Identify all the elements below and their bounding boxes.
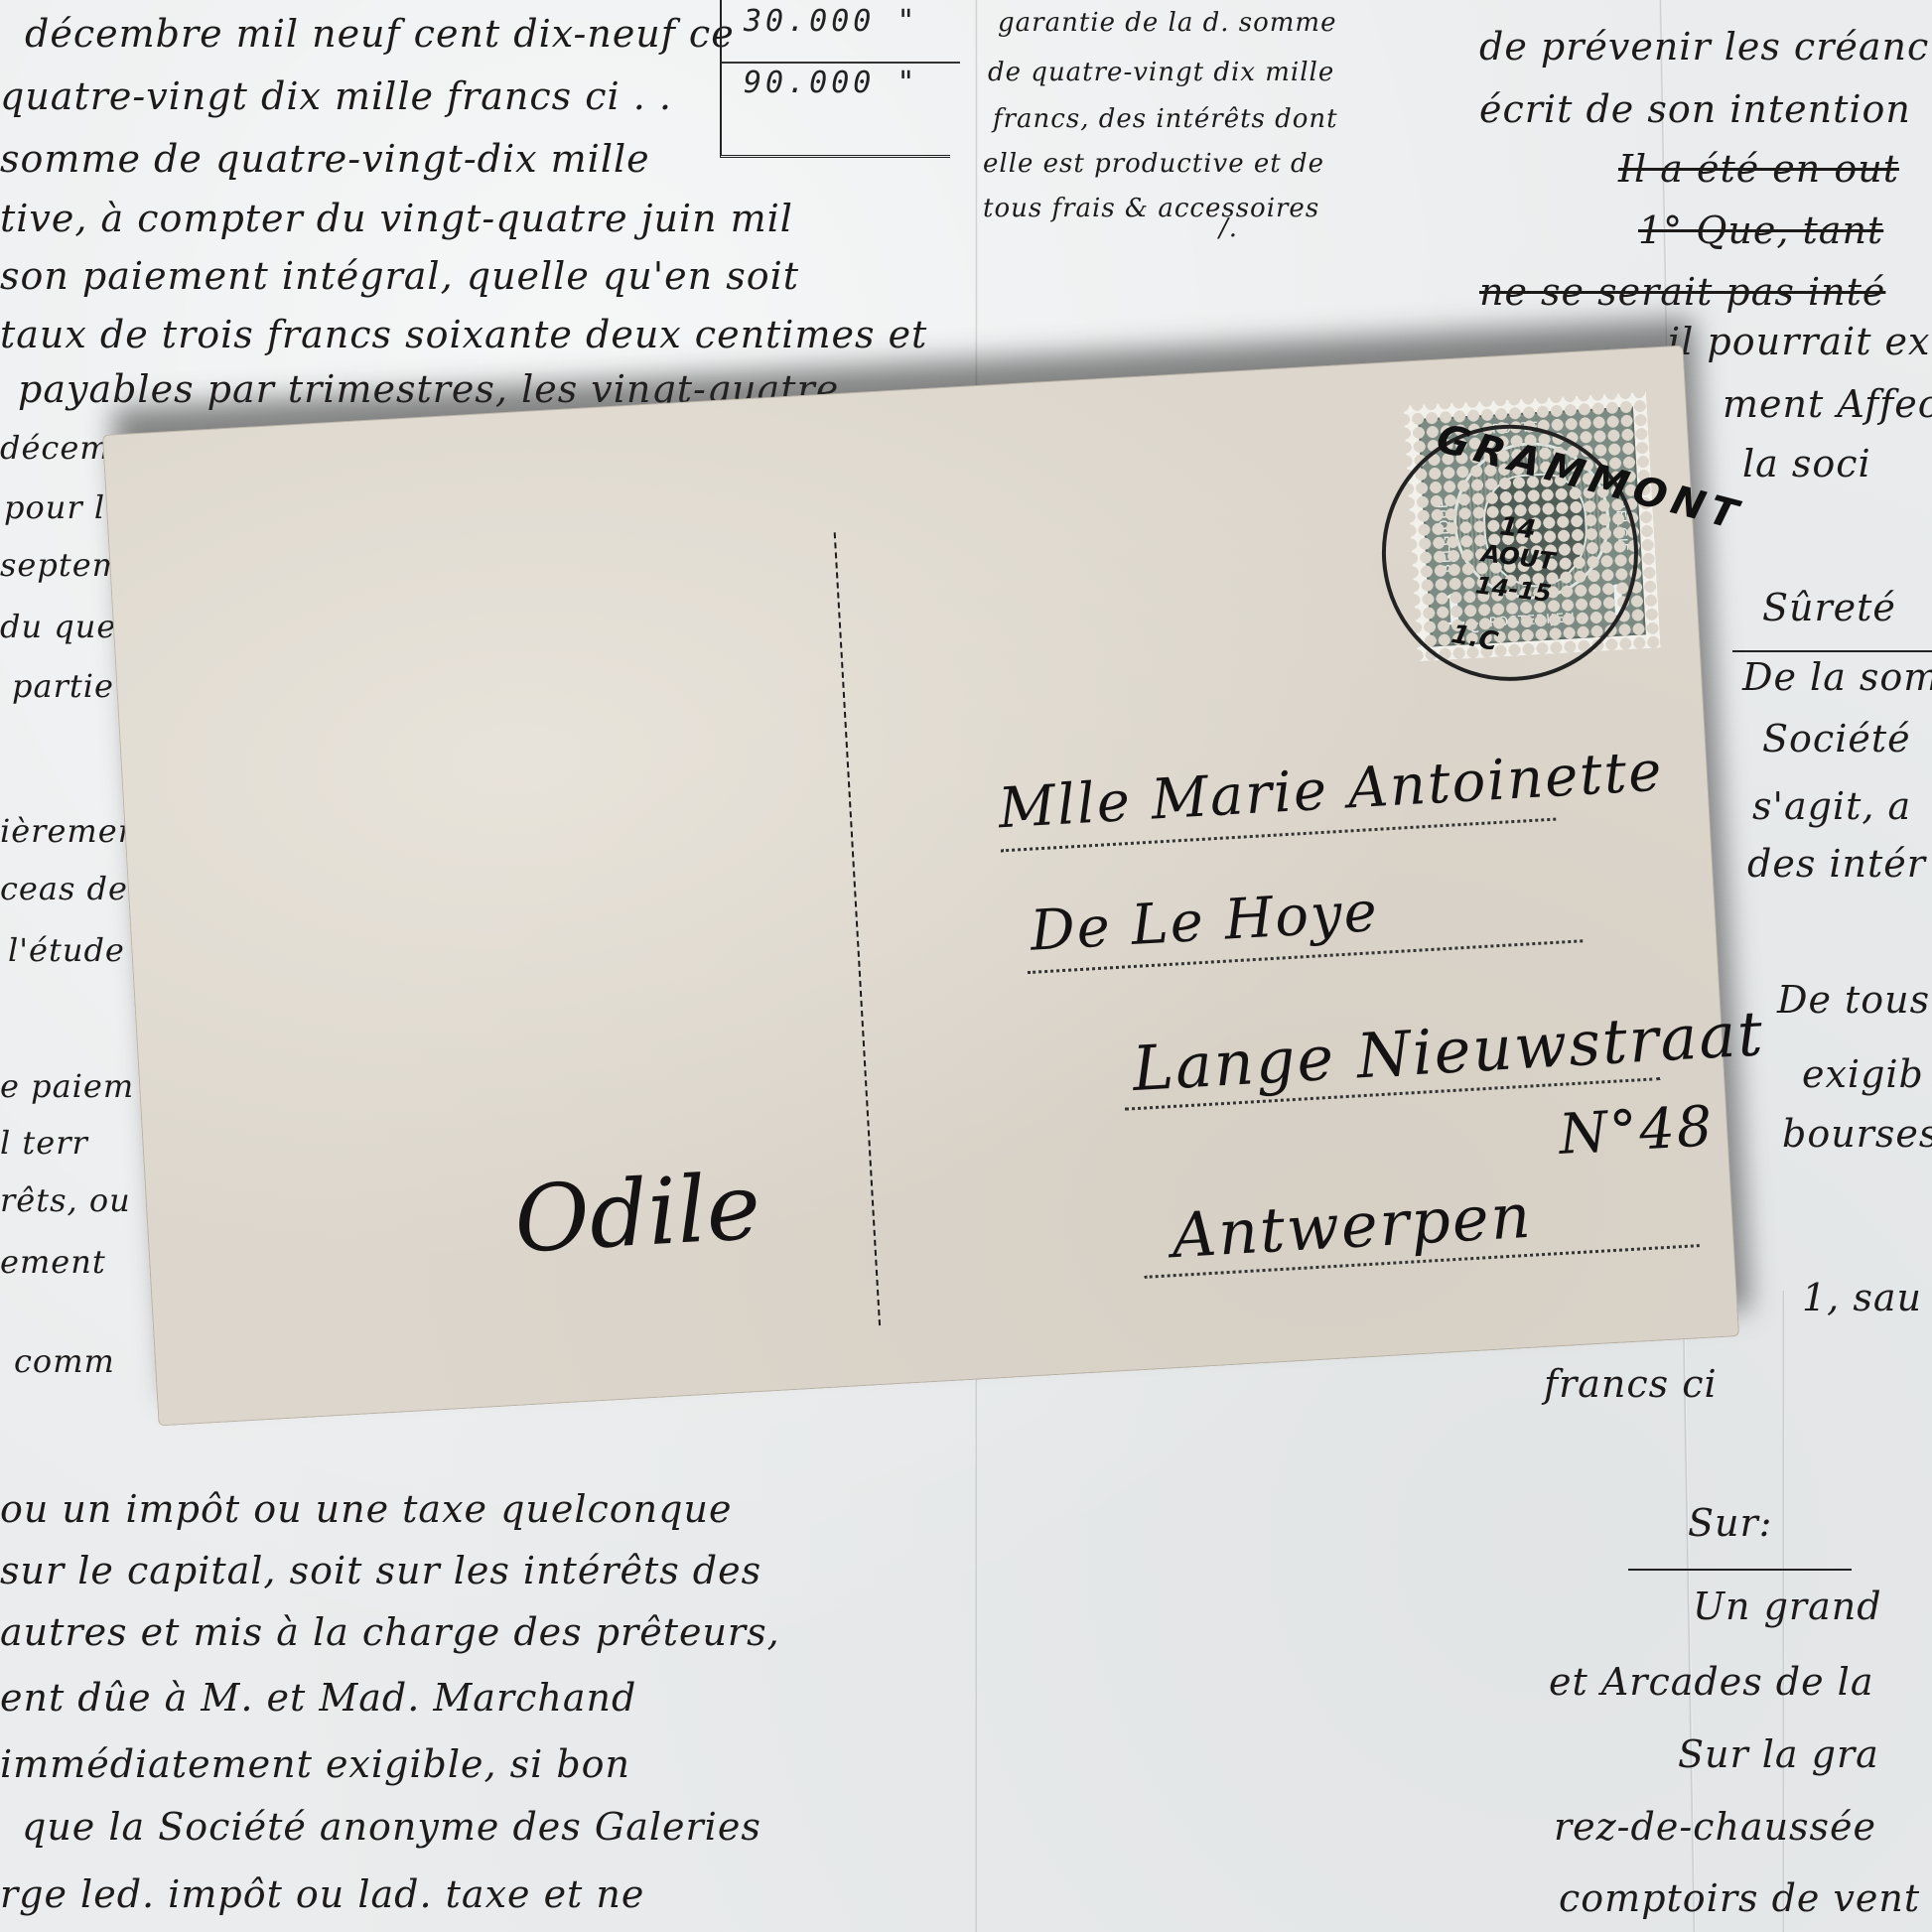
handwriting-line: tous frais & accessoires bbox=[983, 194, 1319, 223]
handwriting-line: autres et mis à la charge des prêteurs, bbox=[0, 1610, 780, 1654]
handwriting-line: que la Société anonyme des Galeries bbox=[22, 1805, 761, 1849]
handwriting-line: quatre-vingt dix mille francs ci . . bbox=[0, 74, 672, 118]
handwriting-line: e paiem bbox=[0, 1067, 134, 1105]
handwriting-line: des intér bbox=[1747, 842, 1926, 886]
struck-handwriting-line: Il a été en out bbox=[1618, 147, 1899, 191]
handwriting-line: comm bbox=[14, 1342, 115, 1380]
handwriting-line: ment Affecta bbox=[1723, 382, 1932, 426]
struck-handwriting-line: ne se serait pas inté bbox=[1479, 270, 1885, 314]
underline-rule bbox=[1628, 1569, 1852, 1571]
handwriting-line: ceas de bbox=[0, 870, 128, 907]
address-line-recipient: Mlle Marie Antoinette bbox=[997, 739, 1665, 841]
handwriting-line: immédiatement exigible, si bon bbox=[0, 1742, 630, 1786]
handwriting-line: partie bbox=[12, 667, 114, 705]
handwriting-line: la soci bbox=[1742, 442, 1871, 485]
handwriting-line: Sûreté bbox=[1762, 586, 1896, 629]
handwriting-line: Société bbox=[1762, 717, 1911, 760]
handwriting-line: elle est productive et de bbox=[983, 149, 1324, 179]
handwriting-line: rge led. impôt ou lad. taxe et ne bbox=[0, 1872, 644, 1916]
handwriting-line: écrit de son intention bbox=[1479, 87, 1911, 131]
handwriting-line: tive, à compter du vingt-quatre juin mil bbox=[0, 197, 793, 240]
handwriting-line: garantie de la d. somme bbox=[998, 8, 1336, 38]
handwriting-line: ent dûe à M. et Mad. Marchand bbox=[0, 1676, 636, 1720]
handwriting-line: taux de trois francs soixante deux centi… bbox=[0, 313, 927, 356]
struck-handwriting-line: 1° Que, tant bbox=[1638, 208, 1883, 252]
postmark-day: 14 bbox=[1498, 511, 1537, 545]
handwriting-heading: Sur: bbox=[1688, 1501, 1772, 1545]
handwriting-line: son paiement intégral, quelle qu'en soit bbox=[0, 254, 799, 298]
handwriting-line: exigib bbox=[1802, 1052, 1924, 1096]
handwriting-line: décembre mil neuf cent dix-neuf ce bbox=[25, 12, 735, 56]
underline-rule bbox=[1732, 650, 1932, 652]
handwriting-line: 1, sau bbox=[1802, 1276, 1922, 1319]
amount-box: 30.000 " 90.000 " bbox=[720, 0, 950, 158]
address-house-number: N°48 bbox=[1557, 1094, 1716, 1168]
handwriting-line: bourses bbox=[1782, 1112, 1932, 1156]
handwriting-line: Un grand bbox=[1693, 1585, 1882, 1628]
amount-value: 90.000 " bbox=[744, 66, 919, 100]
handwriting-line: rez-de-chaussée bbox=[1554, 1805, 1876, 1849]
signature: Odile bbox=[511, 1154, 762, 1274]
handwriting-line: comptoirs de vent bbox=[1559, 1876, 1920, 1920]
handwriting-line: du que bbox=[0, 608, 116, 645]
address-line-surname: De Le Hoye bbox=[1029, 880, 1380, 964]
handwriting-line: /. bbox=[1219, 213, 1238, 243]
handwriting-line: francs, des intérêts dont bbox=[993, 104, 1338, 134]
amount-rule bbox=[722, 62, 960, 64]
handwriting-line: somme de quatre-vingt-dix mille bbox=[0, 137, 650, 181]
handwriting-line: il pourrait exer bbox=[1668, 320, 1932, 363]
amount-value: 30.000 " bbox=[744, 4, 919, 39]
handwriting-line: l terr bbox=[0, 1124, 88, 1162]
handwriting-line: et Arcades de la bbox=[1549, 1660, 1873, 1704]
postcard: Odile Mlle Marie Antoinette De Le Hoye L… bbox=[102, 345, 1739, 1427]
handwriting-line: francs ci bbox=[1544, 1362, 1718, 1406]
handwriting-line: ou un impôt ou une taxe quelconque bbox=[0, 1487, 732, 1531]
handwriting-line: Sur la gra bbox=[1678, 1732, 1879, 1776]
handwriting-line: De la som bbox=[1742, 655, 1932, 699]
handwriting-line: de prévenir les créanc bbox=[1479, 25, 1929, 69]
handwriting-line: rêts, ou bbox=[0, 1181, 131, 1219]
postcard-divider-line bbox=[834, 532, 881, 1325]
handwriting-line: de quatre-vingt dix mille bbox=[988, 58, 1334, 87]
handwriting-line: ement bbox=[0, 1243, 106, 1281]
handwriting-line: l'étude bbox=[8, 931, 125, 969]
handwriting-line: De tous bbox=[1777, 978, 1930, 1022]
handwriting-line: sur le capital, soit sur les intérêts de… bbox=[0, 1549, 761, 1592]
handwriting-line: s'agit, a bbox=[1752, 784, 1911, 828]
